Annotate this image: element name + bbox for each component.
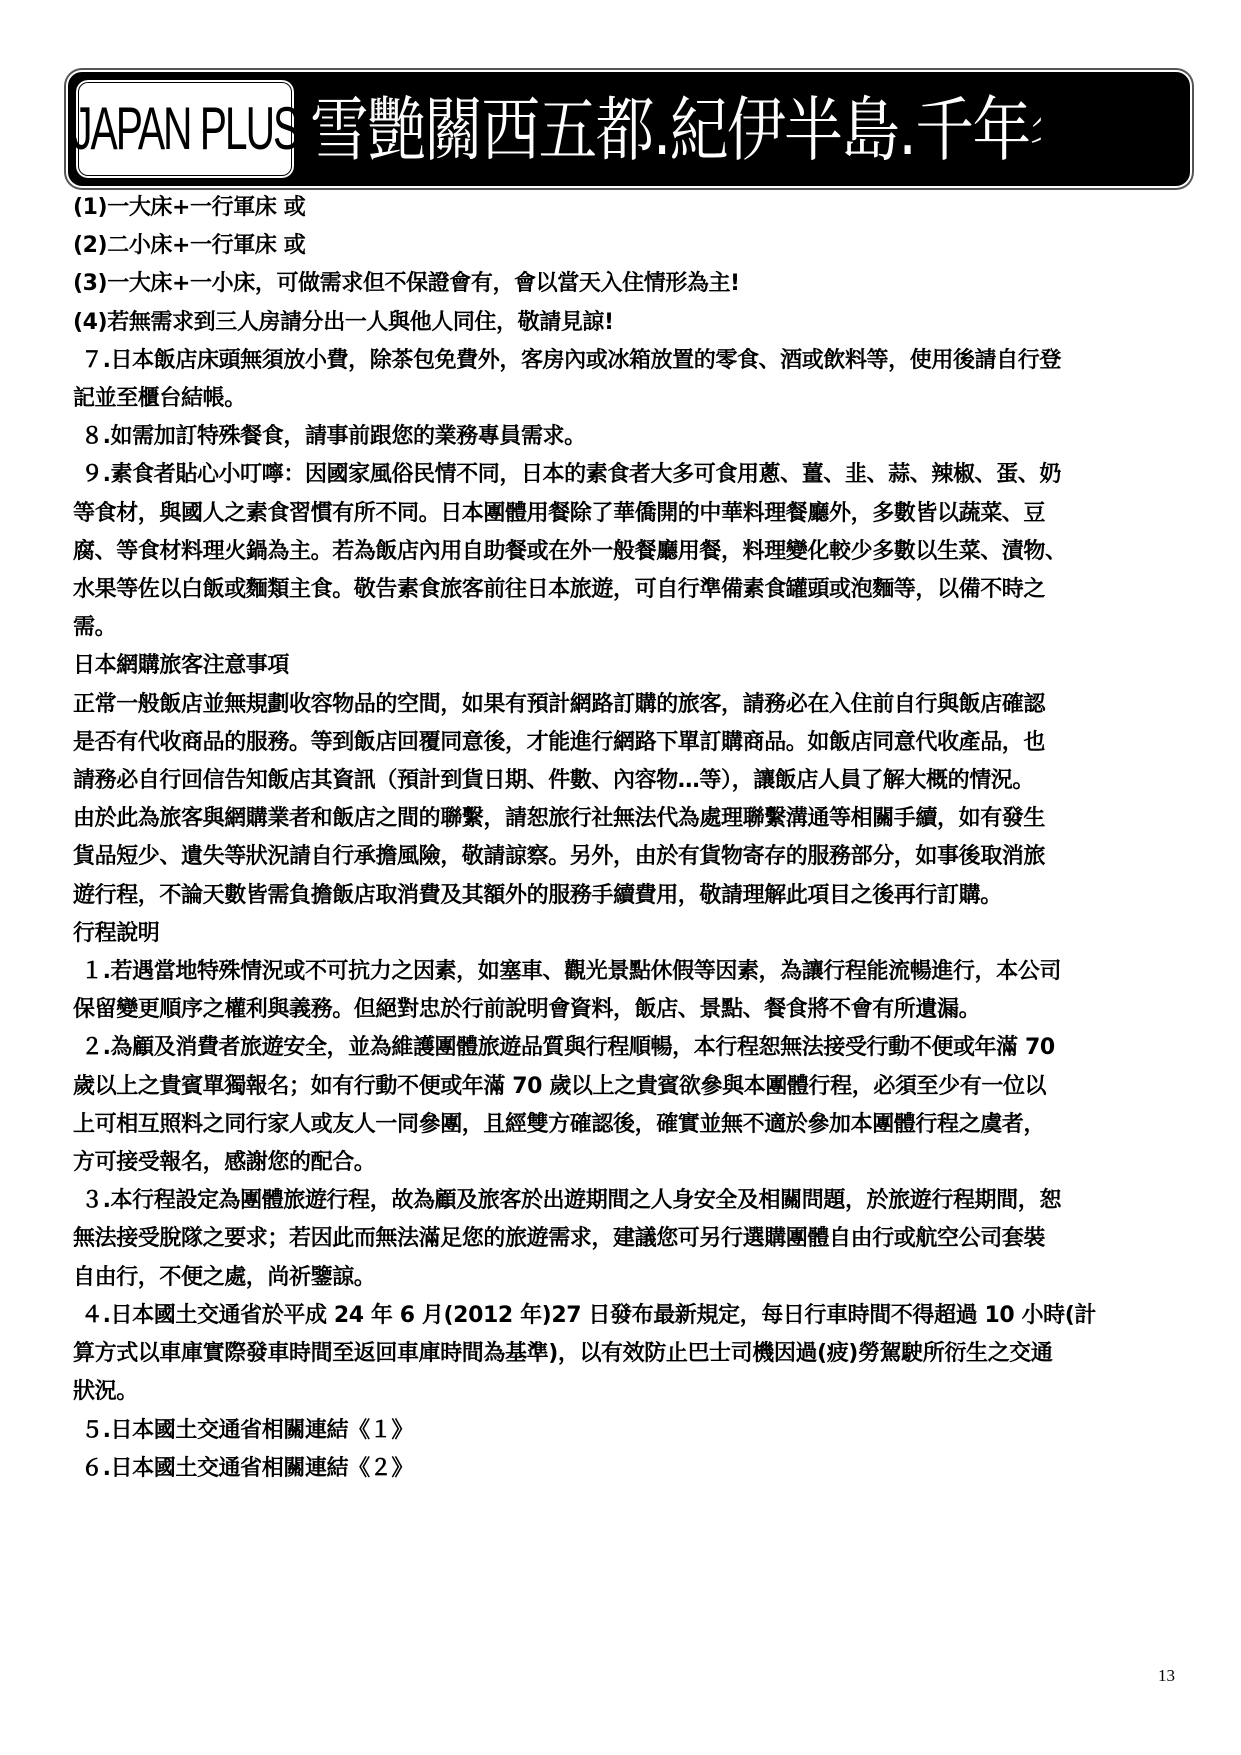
document-body: (1)一大床+一行軍床 或 (2)二小床+一行軍床 或 (3)一大床+一小床，可… xyxy=(73,189,1195,1488)
itinerary-item-line: ３.本行程設定為團體旅遊行程，故為顧及旅客於出遊期間之人身安全及相關問題，於旅遊… xyxy=(73,1182,1195,1220)
note-line: 腐、等食材料理火鍋為主。若為飯店內用自助餐或在外一般餐廳用餐，料理變化較少多數以… xyxy=(73,533,1195,571)
note-line: ７.日本飯店床頭無須放小費，除茶包免費外，客房內或冰箱放置的零食、酒或飲料等，使… xyxy=(73,342,1195,380)
section-line: 由於此為旅客與網購業者和飯店之間的聯繫，請恕旅行社無法代為處理聯繫溝通等相關手續… xyxy=(73,800,1195,838)
room-option: (2)二小床+一行軍床 或 xyxy=(73,227,1195,265)
itinerary-item-line: ４.日本國土交通省於平成 24 年 6 月(2012 年)27 日發布最新規定，… xyxy=(73,1297,1195,1335)
itinerary-item-line: 自由行，不便之處，尚祈鑒諒。 xyxy=(73,1259,1195,1297)
itinerary-item-line: １.若遇當地特殊情況或不可抗力之因素，如塞車、觀光景點休假等因素，為讓行程能流暢… xyxy=(73,953,1195,991)
itinerary-item-line: 算方式以車庫實際發車時間至返回車庫時間為基準)，以有效防止巴士司機因過(疲)勞駕… xyxy=(73,1335,1195,1373)
note-line: 記並至櫃台結帳。 xyxy=(73,380,1195,418)
brand-logo-box: JAPAN PLUS xyxy=(74,78,296,180)
note-line: 等食材，與國人之素食習慣有所不同。日本團體用餐除了華僑開的中華料理餐廳外，多數皆… xyxy=(73,495,1195,533)
brand-name: JAPAN PLUS xyxy=(74,99,296,159)
tour-title: 雪艷關西五都.紀伊半島.千年名湯美饌五日 xyxy=(310,80,1041,180)
mlit-link-1[interactable]: ５.日本國土交通省相關連結《１》 xyxy=(73,1412,1195,1450)
section-line: 貨品短少、遺失等狀況請自行承擔風險，敬請諒察。另外，由於有貨物寄存的服務部分，如… xyxy=(73,838,1195,876)
section-line: 正常一般飯店並無規劃收容物品的空間，如果有預計網路訂購的旅客，請務必在入住前自行… xyxy=(73,686,1195,724)
note-line: 水果等佐以白飯或麵類主食。敬告素食旅客前往日本旅遊，可自行準備素食罐頭或泡麵等，… xyxy=(73,571,1195,609)
page-number: 13 xyxy=(1158,1666,1175,1686)
note-line: ９.素食者貼心小叮嚀：因國家風俗民情不同，日本的素食者大多可食用蔥、薑、韭、蒜、… xyxy=(73,456,1195,494)
note-9-vegetarian: ９.素食者貼心小叮嚀：因國家風俗民情不同，日本的素食者大多可食用蔥、薑、韭、蒜、… xyxy=(73,456,1195,647)
note-line: ８.如需加訂特殊餐食，請事前跟您的業務專員需求。 xyxy=(73,418,1195,456)
note-8-special-meals: ８.如需加訂特殊餐食，請事前跟您的業務專員需求。 xyxy=(73,418,1195,456)
itinerary-item-line: 狀況。 xyxy=(73,1373,1195,1411)
title-banner: JAPAN PLUS 雪艷關西五都.紀伊半島.千年名湯美饌五日 xyxy=(68,72,1190,186)
itinerary-item-line: ２.為顧及消費者旅遊安全，並為維護團體旅遊品質與行程順暢，本行程恕無法接受行動不… xyxy=(73,1029,1195,1067)
room-option: (1)一大床+一行軍床 或 xyxy=(73,189,1195,227)
section-heading: 行程說明 xyxy=(73,915,1195,953)
note-line: 需。 xyxy=(73,609,1195,647)
online-shopping-section: 日本網購旅客注意事項 正常一般飯店並無規劃收容物品的空間，如果有預計網路訂購的旅… xyxy=(73,647,1195,914)
itinerary-item-line: 方可接受報名，感謝您的配合。 xyxy=(73,1144,1195,1182)
itinerary-item-line: 保留變更順序之權利與義務。但絕對忠於行前說明會資料，飯店、景點、餐食將不會有所遺… xyxy=(73,991,1195,1029)
mlit-link-2[interactable]: ６.日本國土交通省相關連結《２》 xyxy=(73,1450,1195,1488)
section-line: 請務必自行回信告知飯店其資訊（預計到貨日期、件數、內容物…等），讓飯店人員了解大… xyxy=(73,762,1195,800)
section-heading: 日本網購旅客注意事項 xyxy=(73,647,1195,685)
itinerary-item-line: 上可相互照料之同行家人或友人一同參團，且經雙方確認後，確實並無不適於參加本團體行… xyxy=(73,1106,1195,1144)
itinerary-item-line: 歲以上之貴賓單獨報名；如有行動不便或年滿 70 歲以上之貴賓欲參與本團體行程，必… xyxy=(73,1068,1195,1106)
section-line: 是否有代收商品的服務。等到飯店回覆同意後，才能進行網路下單訂購商品。如飯店同意代… xyxy=(73,724,1195,762)
room-option: (3)一大床+一小床，可做需求但不保證會有，會以當天入住情形為主! xyxy=(73,265,1195,303)
itinerary-section: 行程說明 １.若遇當地特殊情況或不可抗力之因素，如塞車、觀光景點休假等因素，為讓… xyxy=(73,915,1195,1488)
room-options: (1)一大床+一行軍床 或 (2)二小床+一行軍床 或 (3)一大床+一小床，可… xyxy=(73,189,1195,342)
room-option: (4)若無需求到三人房請分出一人與他人同住，敬請見諒! xyxy=(73,304,1195,342)
section-line: 遊行程，不論天數皆需負擔飯店取消費及其額外的服務手續費用，敬請理解此項目之後再行… xyxy=(73,877,1195,915)
itinerary-item-line: 無法接受脫隊之要求；若因此而無法滿足您的旅遊需求，建議您可另行選購團體自由行或航… xyxy=(73,1220,1195,1258)
note-7-hotel-minibar: ７.日本飯店床頭無須放小費，除茶包免費外，客房內或冰箱放置的零食、酒或飲料等，使… xyxy=(73,342,1195,418)
